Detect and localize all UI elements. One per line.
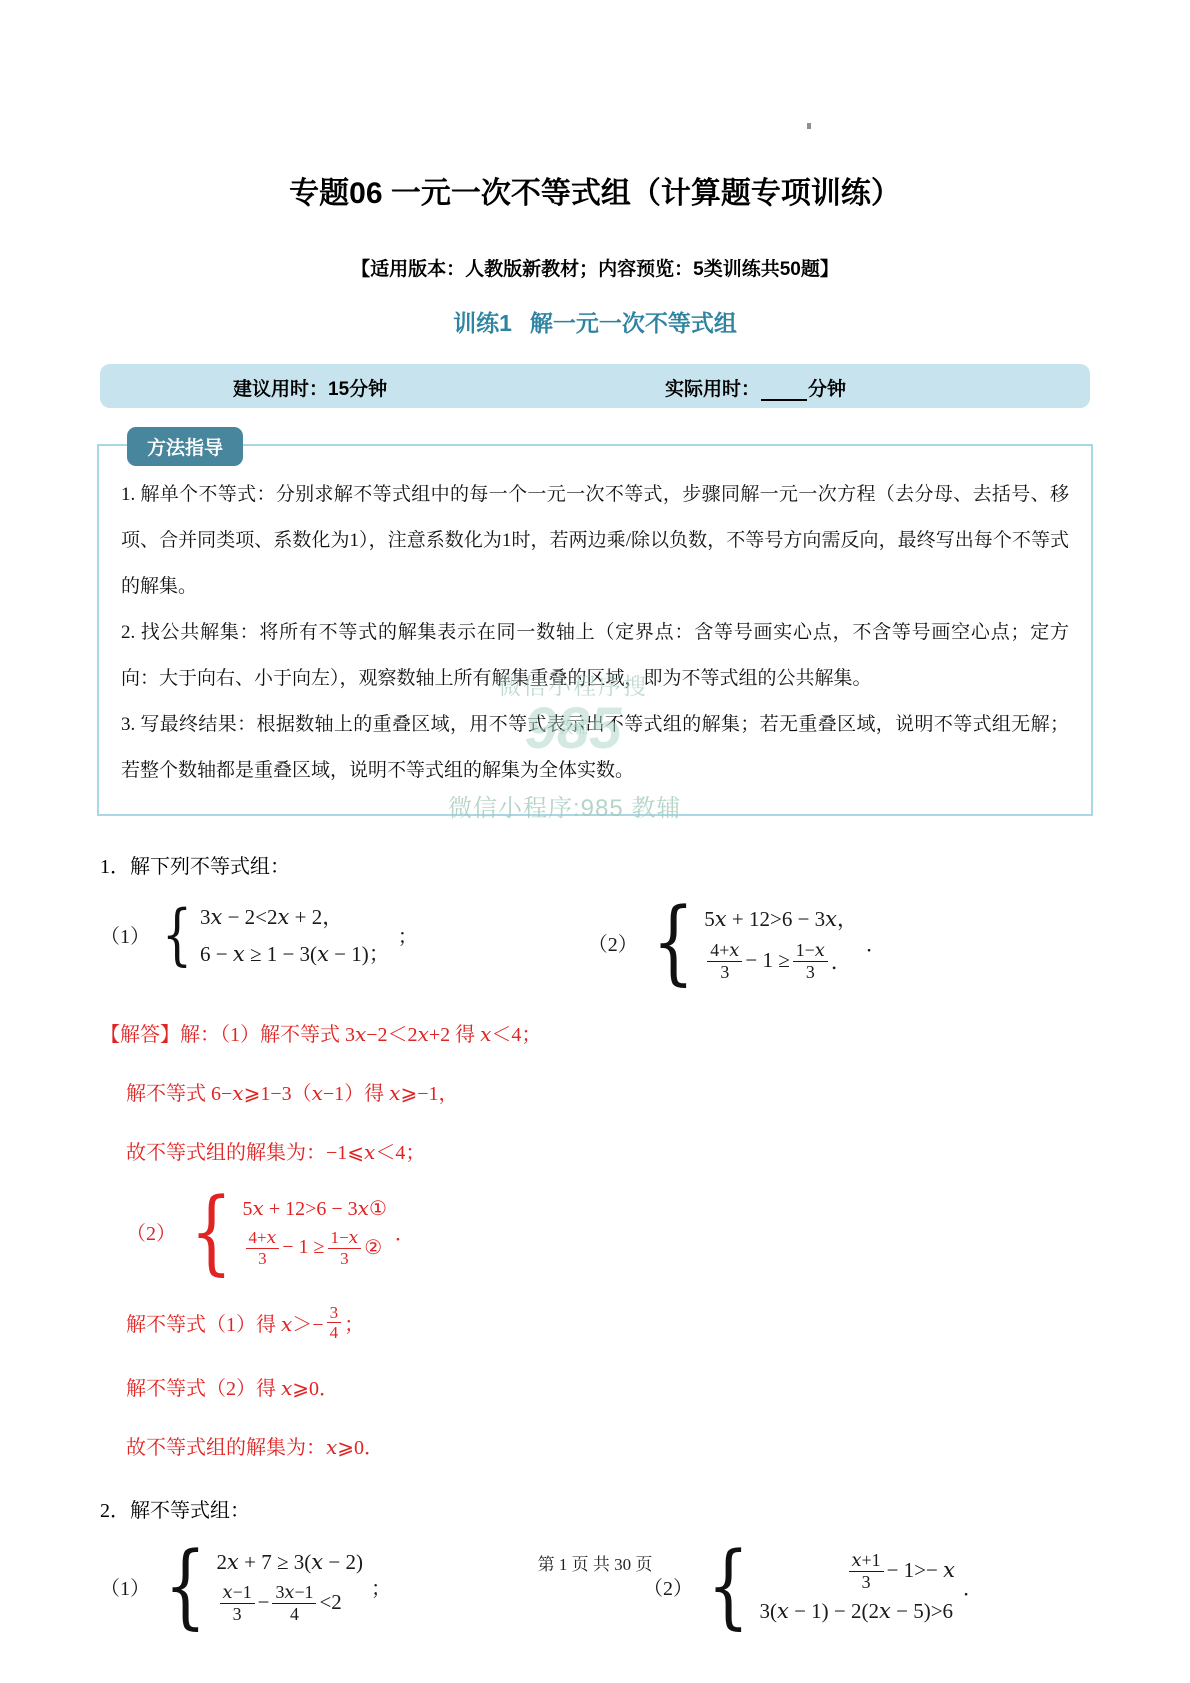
system-trailing-punct: ．	[866, 928, 886, 957]
section-name: 解一元一次不等式组	[530, 310, 737, 336]
system-trailing-punct: ．	[963, 1572, 983, 1601]
system-label: （2）	[126, 1217, 176, 1246]
system-label: （1）	[100, 1572, 150, 1601]
section-label: 训练1	[453, 310, 512, 336]
math-line: x−13 − 3x−14 <2	[217, 1582, 363, 1624]
solution-system-2: （2） { 5x + 12>6 − 3x① 4+x3 − 1 ≥ 1−x3② ．	[126, 1191, 1190, 1274]
math-line: 3(x − 1) − 2(2x − 5)>6	[760, 1599, 955, 1624]
page-speck	[807, 123, 811, 129]
suggested-time-label: 建议用时：15分钟	[233, 374, 387, 401]
math-line: 4+x3 − 1 ≥ 1−x3②	[243, 1228, 387, 1268]
problem-1-systems: （1） { 3x − 2<2x + 2， 6 − x ≥ 1 − 3(x − 1…	[100, 901, 1190, 984]
system-lines: 5x + 12>6 − 3x， 4+x3 − 1 ≥ 1−x3．	[704, 901, 858, 984]
brace-icon: {	[190, 1191, 232, 1274]
solution-line-7: 故不等式组的解集为：x⩾0．	[126, 1431, 1190, 1460]
system-1-2: （2） { 5x + 12>6 − 3x， 4+x3 − 1 ≥ 1−x3． ．	[588, 901, 886, 984]
section-title: 训练1解一元一次不等式组	[0, 305, 1190, 338]
problem-1-heading: 1．解下列不等式组：	[100, 850, 1190, 879]
subtitle: 【适用版本：人教版新教材；内容预览：5类训练共50题】	[0, 254, 1190, 281]
math-line: 3x − 2<2x + 2，	[200, 901, 390, 931]
brace-icon: {	[652, 901, 694, 984]
system-lines: 3x − 2<2x + 2， 6 − x ≥ 1 − 3(x − 1)；	[200, 901, 390, 968]
system-1-1: （1） { 3x − 2<2x + 2， 6 − x ≥ 1 − 3(x − 1…	[100, 901, 418, 968]
system-label: （2）	[643, 1572, 693, 1601]
method-guide-box: 方法指导 1. 解单个不等式：分别求解不等式组中的每一个一元一次不等式，步骤同解…	[97, 444, 1093, 816]
problem-2-heading: 2．解不等式组：	[100, 1494, 1190, 1523]
math-line: 5x + 12>6 − 3x，	[704, 903, 858, 933]
method-point-2: 2. 找公共解集：将所有不等式的解集表示在同一数轴上（定界点：含等号画实心点，不…	[121, 610, 1069, 702]
math-line: 6 − x ≥ 1 − 3(x − 1)；	[200, 938, 390, 968]
solution-line-5: 解不等式（1）得 x＞−34；	[126, 1303, 1190, 1342]
page-title: 专题06 一元一次不等式组（计算题专项训练）	[0, 168, 1190, 212]
brace-icon: {	[162, 905, 192, 964]
method-point-3: 3. 写最终结果：根据数轴上的重叠区域，用不等式表示出不等式组的解集；若无重叠区…	[121, 702, 1069, 794]
time-bar: 建议用时：15分钟 实际用时： 分钟	[100, 364, 1090, 408]
math-line: 4+x3 − 1 ≥ 1−x3．	[704, 940, 858, 982]
system-trailing-punct: ．	[395, 1217, 415, 1246]
method-point-1: 1. 解单个不等式：分别求解不等式组中的每一个一元一次不等式，步骤同解一元一次方…	[121, 472, 1069, 610]
system-lines: 5x + 12>6 − 3x① 4+x3 − 1 ≥ 1−x3②	[243, 1191, 387, 1274]
solution-block: 【解答】解：（1）解不等式 3x−2＜2x+2 得 x＜4； 解不等式 6−x⩾…	[100, 1018, 1190, 1461]
page-number: 第 1 页 共 30 页	[0, 1550, 1190, 1575]
system-label: （1）	[100, 920, 150, 949]
method-guide-badge: 方法指导	[127, 427, 243, 466]
actual-time-suffix: 分钟	[808, 374, 846, 401]
document-page: 专题06 一元一次不等式组（计算题专项训练） 【适用版本：人教版新教材；内容预览…	[0, 0, 1190, 1683]
solution-line-3: 故不等式组的解集为：−1⩽x＜4；	[126, 1136, 1190, 1165]
solution-line-6: 解不等式（2）得 x⩾0．	[126, 1372, 1190, 1401]
system-trailing-punct: ；	[398, 920, 418, 949]
math-line: 5x + 12>6 − 3x①	[243, 1196, 387, 1221]
solution-line-1: 【解答】解：（1）解不等式 3x−2＜2x+2 得 x＜4；	[100, 1018, 1190, 1047]
actual-time-label: 实际用时： 分钟	[665, 374, 846, 401]
actual-time-blank	[761, 379, 807, 401]
system-trailing-punct: ；	[371, 1572, 391, 1601]
solution-line-2: 解不等式 6−x⩾1−3（x−1）得 x⩾−1，	[126, 1077, 1190, 1106]
system-label: （2）	[588, 928, 638, 957]
actual-time-prefix: 实际用时：	[665, 374, 760, 401]
